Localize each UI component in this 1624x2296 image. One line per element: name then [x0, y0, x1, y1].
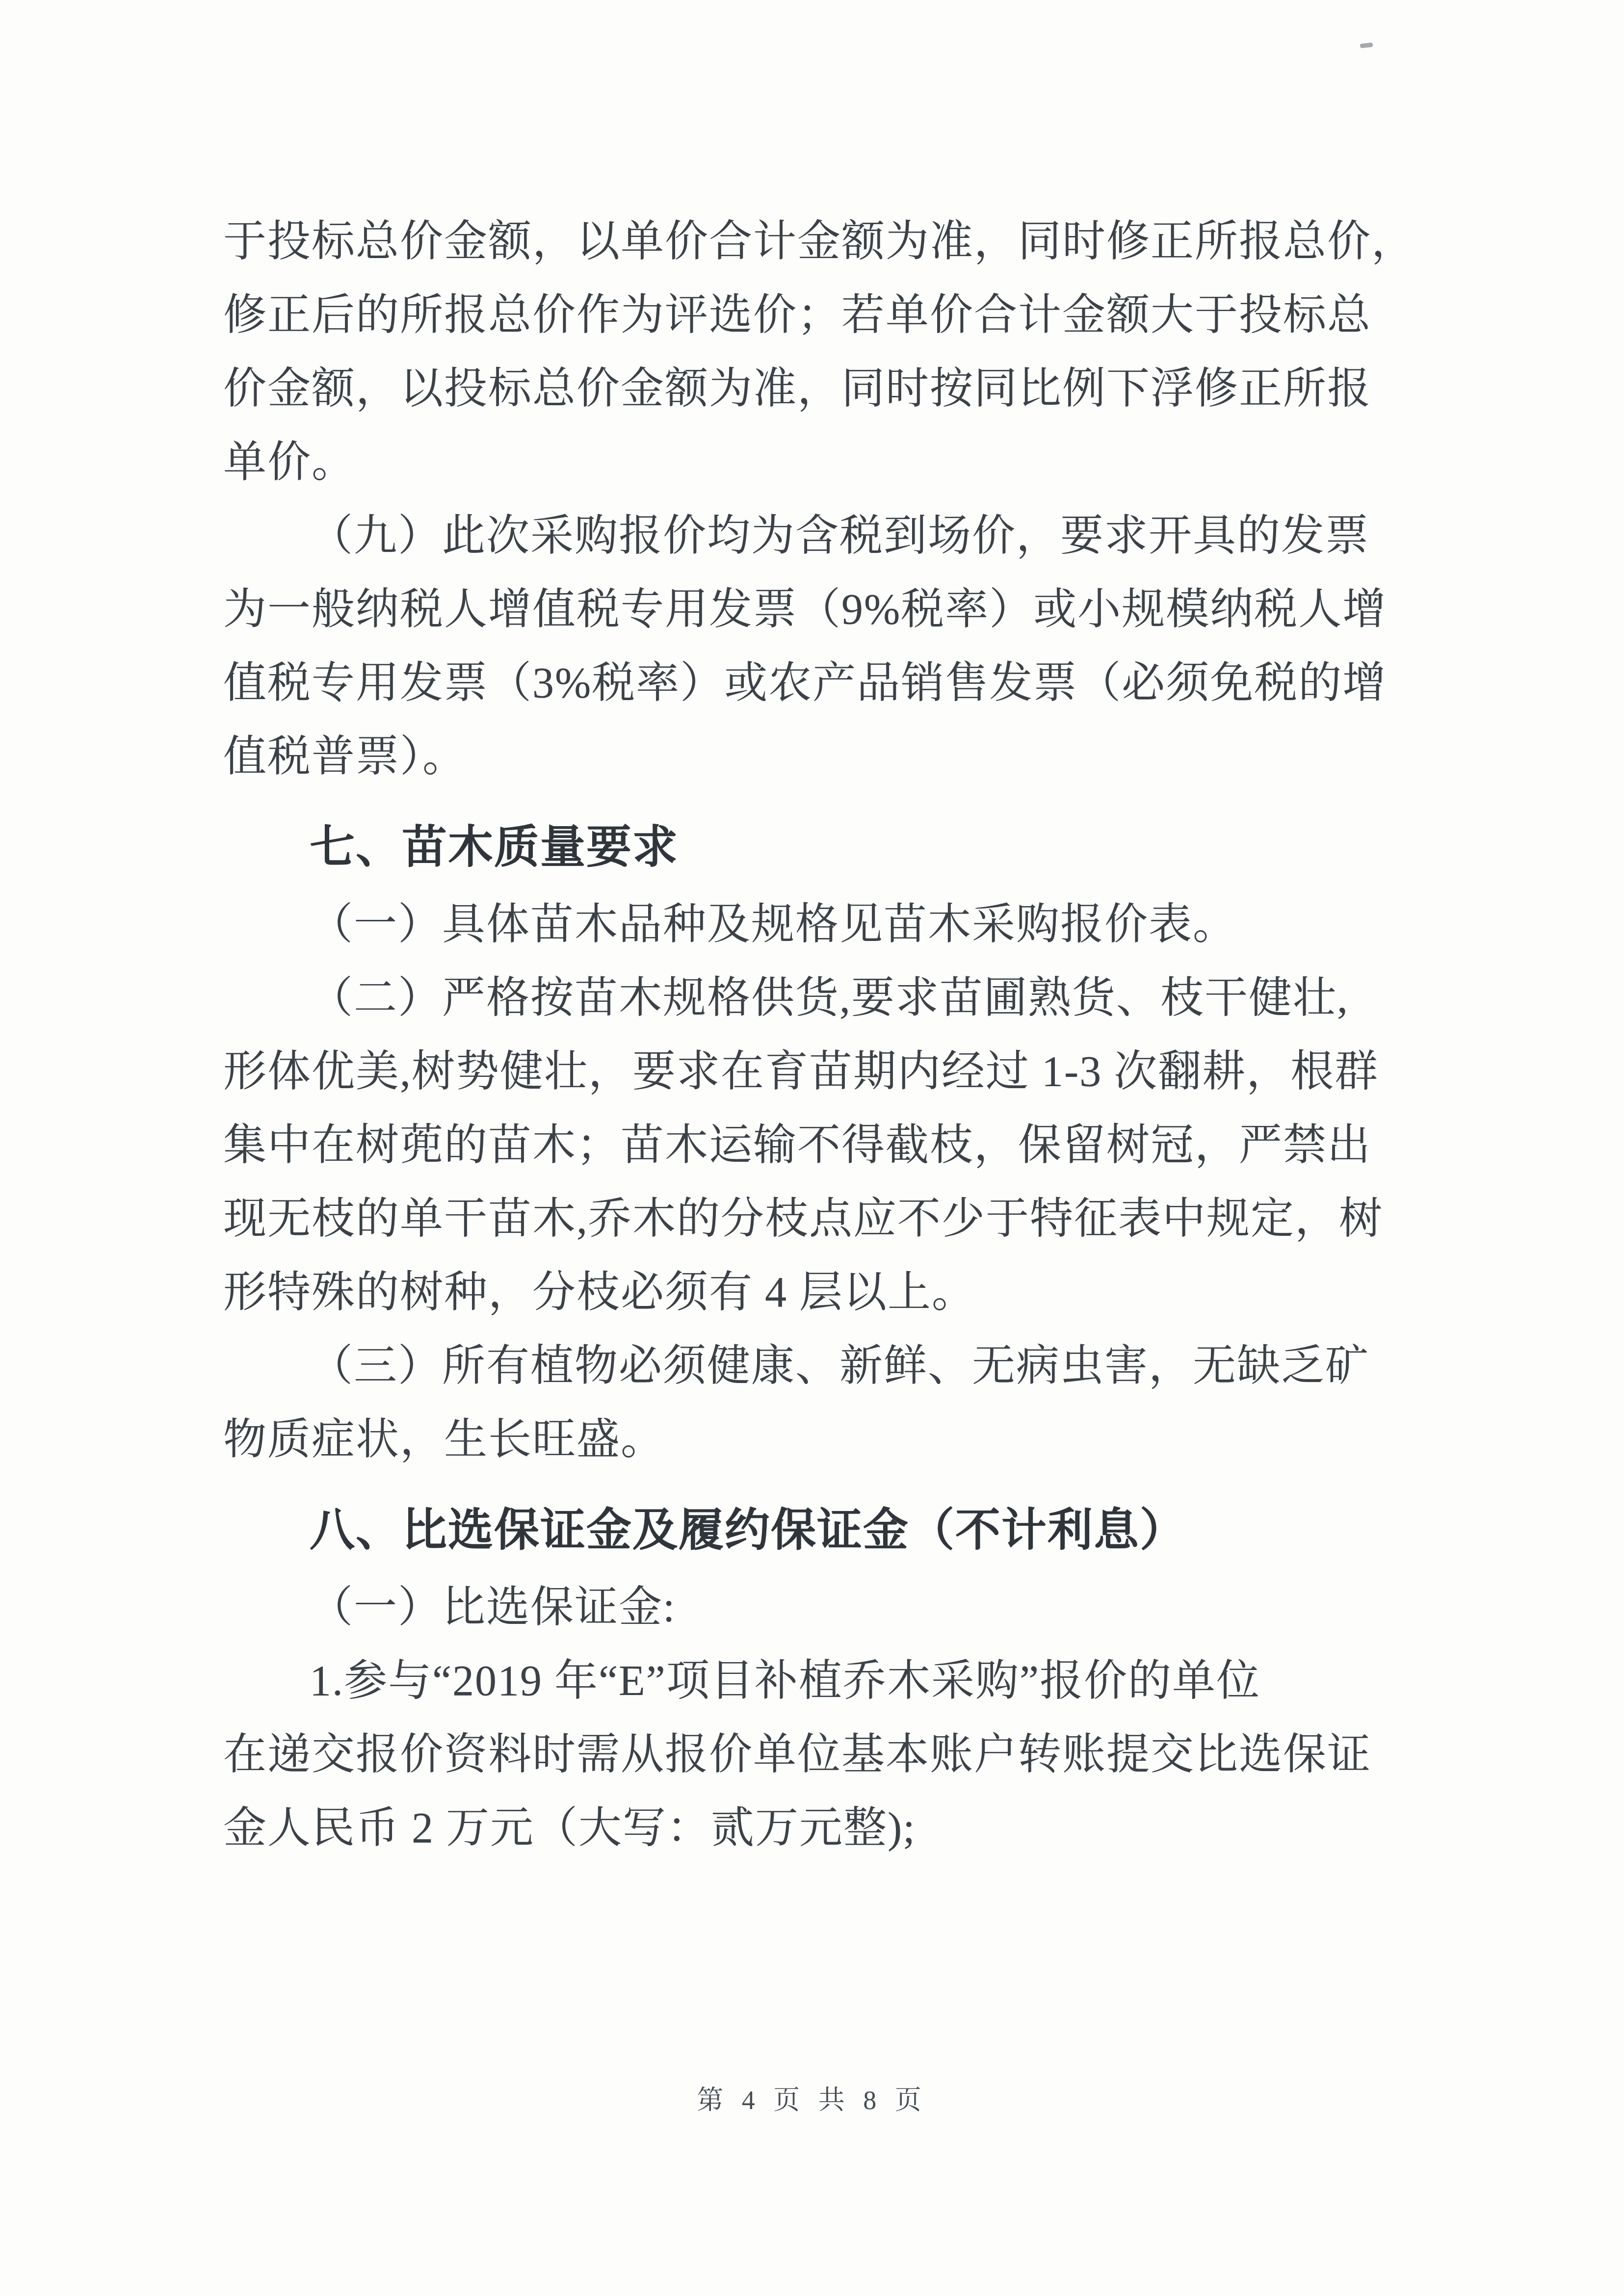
text-line: （九）此次采购报价均为含税到场价，要求开具的发票: [223, 499, 1420, 573]
text-line: （二）严格按苗木规格供货,要求苗圃熟货、枝干健壮,: [223, 962, 1420, 1035]
text-line: 形体优美,树势健壮，要求在育苗期内经过 1-3 次翻耕，根群: [223, 1035, 1420, 1109]
text-line: 在递交报价资料时需从报价单位基本账户转账提交比选保证: [223, 1718, 1420, 1792]
section-heading-8: 八、比选保证金及履约保证金（不计利息）: [223, 1493, 1420, 1567]
text-line: （一）具体苗木品种及规格见苗木采购报价表。: [223, 888, 1420, 962]
text-line: 于投标总价金额，以单价合计金额为准，同时修正所报总价，: [223, 205, 1420, 279]
text-line: 金人民币 2 万元（大写：贰万元整);: [223, 1792, 1420, 1865]
text-line: 单价。: [223, 426, 1420, 499]
text-line: （一）比选保证金:: [223, 1571, 1420, 1644]
document-text-block: 于投标总价金额，以单价合计金额为准，同时修正所报总价， 修正后的所报总价作为评选…: [223, 205, 1420, 1865]
text-line: 集中在树蔸的苗木；苗木运输不得截枝，保留树冠，严禁出: [223, 1109, 1420, 1182]
text-line: （三）所有植物必须健康、新鲜、无病虫害，无缺乏矿: [223, 1330, 1420, 1403]
text-line: 值税专用发票（3%税率）或农产品销售发票（必须免税的增: [223, 647, 1420, 720]
text-line: 形特殊的树种，分枝必须有 4 层以上。: [223, 1256, 1420, 1330]
section-heading-7: 七、苗木质量要求: [223, 810, 1420, 884]
document-page: 于投标总价金额，以单价合计金额为准，同时修正所报总价， 修正后的所报总价作为评选…: [0, 0, 1624, 2296]
page-footer: 第 4 页 共 8 页: [0, 2083, 1624, 2117]
text-line: 1.参与“2019 年“E”项目补植乔木采购”报价的单位: [223, 1644, 1420, 1718]
text-line: 修正后的所报总价作为评选价；若单价合计金额大于投标总: [223, 279, 1420, 352]
scan-artifact-speck: [1360, 43, 1373, 49]
text-line: 值税普票）。: [223, 720, 1420, 794]
text-line: 价金额，以投标总价金额为准，同时按同比例下浮修正所报: [223, 352, 1420, 426]
text-line: 物质症状，生长旺盛。: [223, 1403, 1420, 1477]
text-line: 为一般纳税人增值税专用发票（9%税率）或小规模纳税人增: [223, 573, 1420, 647]
text-line: 现无枝的单干苗木,乔木的分枝点应不少于特征表中规定，树: [223, 1182, 1420, 1256]
